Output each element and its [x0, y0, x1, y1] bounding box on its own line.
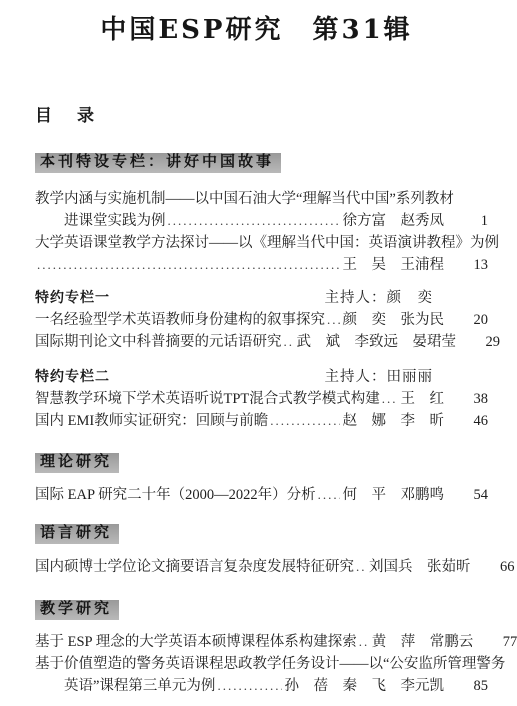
section-entries: 一名经验型学术英语教师身份建构的叙事探究 颜 奕 张为民 20 国际期刊论文中科…: [35, 309, 488, 353]
entry-lead: 英语”课程第三单元为例: [35, 675, 215, 697]
toc-heading: 目 录: [35, 106, 488, 126]
toc-entry: 基于 ESP 理念的大学英语本硕博课程体系构建探索 黄 萍 常鹏云 77: [35, 631, 488, 653]
toc-entry: 一名经验型学术英语教师身份建构的叙事探究 颜 奕 张为民 20: [35, 309, 488, 331]
section-header: 特约专栏二 主持人：田丽丽: [35, 365, 488, 388]
entry-page-number: 20: [454, 309, 488, 331]
section-banner-teaching: 教学研究: [35, 600, 119, 620]
entry-lead: 智慧教学环境下学术英语听说TPT混合式教学模式构建: [35, 388, 380, 410]
dot-leader: [359, 631, 369, 653]
entry-lead: 进课堂实践为例: [35, 210, 166, 232]
section-title-special-2: 特约专栏二: [35, 365, 110, 387]
section-header: 特约专栏一 主持人：颜 奕: [35, 286, 488, 309]
entry-lead: 国际期刊论文中科普摘要的元话语研究: [35, 331, 282, 353]
entry-lead: 一名经验型学术英语教师身份建构的叙事探究: [35, 309, 325, 331]
section-banner-theory: 理论研究: [35, 453, 119, 473]
entry-authors: 颜 奕 张为民: [343, 309, 445, 331]
entry-authors: 黄 萍 常鹏云: [372, 631, 474, 653]
entry-authors: 孙 蓓 秦 飞 李元凯: [285, 675, 445, 697]
entry-title-line: 大学英语课堂教学方法探讨——以《理解当代中国：英语演讲教程》为例: [35, 232, 488, 254]
section-entries: 国际 EAP 研究二十年（2000—2022年）分析 何 平 邓鹏鸣 54: [35, 484, 488, 506]
section-title-special-1: 特约专栏一: [35, 286, 110, 308]
entry-authors: 刘国兵 张茹昕: [369, 556, 471, 578]
entry-authors: 徐方富 赵秀凤: [343, 210, 445, 232]
section-host: 主持人：颜 奕: [325, 287, 489, 309]
section-entries: 智慧教学环境下学术英语听说TPT混合式教学模式构建 王 红 38 国内 EMI教…: [35, 388, 488, 432]
toc-entry: 国际 EAP 研究二十年（2000—2022年）分析 何 平 邓鹏鸣 54: [35, 484, 488, 506]
toc-entry: 基于价值塑造的警务英语课程思政教学任务设计——以“公安监所管理警务 英语”课程第…: [35, 653, 488, 697]
entry-lead: 国内 EMI教师实证研究：回顾与前瞻: [35, 410, 268, 432]
entry-page-number: 46: [454, 410, 488, 432]
section-entries: 教学内涵与实施机制——以中国石油大学“理解当代中国”系列教材 进课堂实践为例 徐…: [35, 188, 488, 276]
entry-authors: 王 吴 王浦程: [343, 254, 445, 276]
entry-page-number: 77: [483, 631, 517, 653]
dot-leader: [37, 254, 340, 276]
dot-leader: [270, 410, 339, 432]
section-host: 主持人：田丽丽: [325, 366, 489, 388]
entry-title-line: 教学内涵与实施机制——以中国石油大学“理解当代中国”系列教材: [35, 188, 488, 210]
dot-leader: [327, 309, 340, 331]
entry-page-number: 66: [481, 556, 515, 578]
entry-authors: 赵 娜 李 昕: [343, 410, 445, 432]
toc-entry: 国内 EMI教师实证研究：回顾与前瞻 赵 娜 李 昕 46: [35, 410, 488, 432]
section-banner-wrap: 语言研究: [35, 524, 488, 544]
section-banner-wrap: 本刊特设专栏：讲好中国故事: [35, 153, 488, 173]
entry-page-number: 38: [454, 388, 488, 410]
dot-leader: [382, 388, 398, 410]
dot-leader: [168, 210, 340, 232]
section-banner-language: 语言研究: [35, 524, 119, 544]
toc-entry: 国际期刊论文中科普摘要的元话语研究 武 斌 李致远 晏珺莹 29: [35, 331, 488, 353]
toc-page: 中国ESP研究 第31辑 目 录 本刊特设专栏：讲好中国故事 教学内涵与实施机制…: [0, 14, 517, 697]
journal-title: 中国ESP研究 第31辑: [35, 14, 478, 46]
entry-page-number: 85: [454, 675, 488, 697]
entry-authors: 武 斌 李致远 晏珺莹: [297, 331, 457, 353]
section-entries: 国内硕博士学位论文摘要语言复杂度发展特征研究 刘国兵 张茹昕 66: [35, 556, 488, 578]
toc-entry: 教学内涵与实施机制——以中国石油大学“理解当代中国”系列教材 进课堂实践为例 徐…: [35, 188, 488, 232]
entry-lead: 国际 EAP 研究二十年（2000—2022年）分析: [35, 484, 316, 506]
toc-entry: 国内硕博士学位论文摘要语言复杂度发展特征研究 刘国兵 张茹昕 66: [35, 556, 488, 578]
dot-leader: [318, 484, 340, 506]
entry-page-number: 54: [454, 484, 488, 506]
entry-page-number: 29: [466, 331, 500, 353]
section-entries: 基于 ESP 理念的大学英语本硕博课程体系构建探索 黄 萍 常鹏云 77 基于价…: [35, 631, 488, 697]
toc-entry: 大学英语课堂教学方法探讨——以《理解当代中国：英语演讲教程》为例 王 吴 王浦程…: [35, 232, 488, 276]
entry-title-line: 基于价值塑造的警务英语课程思政教学任务设计——以“公安监所管理警务: [35, 653, 488, 675]
section-banner-special-column: 本刊特设专栏：讲好中国故事: [35, 153, 281, 173]
entry-authors: 何 平 邓鹏鸣: [343, 484, 445, 506]
section-banner-wrap: 教学研究: [35, 600, 488, 620]
entry-authors: 王 红: [401, 388, 445, 410]
toc-entry: 智慧教学环境下学术英语听说TPT混合式教学模式构建 王 红 38: [35, 388, 488, 410]
entry-lead: 基于 ESP 理念的大学英语本硕博课程体系构建探索: [35, 631, 357, 653]
entry-page-number: 13: [454, 254, 488, 276]
entry-lead: 国内硕博士学位论文摘要语言复杂度发展特征研究: [35, 556, 354, 578]
section-banner-wrap: 理论研究: [35, 453, 488, 473]
dot-leader: [284, 331, 294, 353]
dot-leader: [356, 556, 366, 578]
dot-leader: [217, 675, 281, 697]
entry-page-number: 1: [454, 210, 488, 232]
